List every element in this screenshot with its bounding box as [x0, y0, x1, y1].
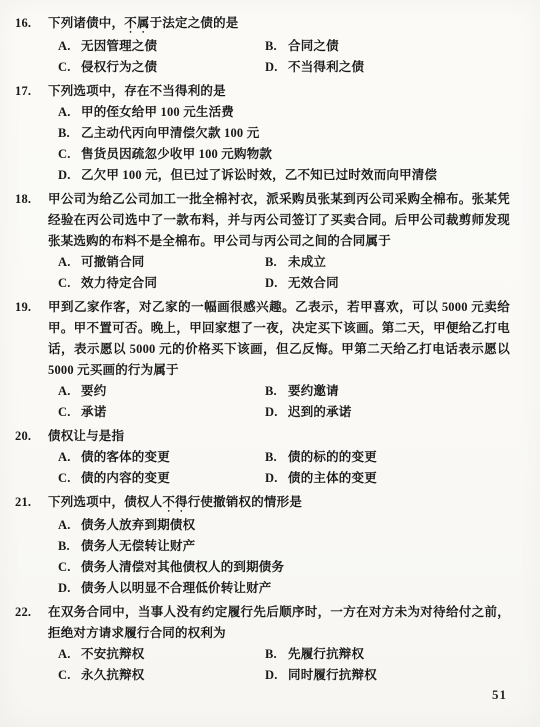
question-body: 债权让与是指A.债的客体的变更B.债的标的的变更C.债的内容的变更D.债的主体的…	[48, 426, 510, 489]
question-number: 19.	[15, 297, 48, 423]
question-body: 在双务合同中，当事人没有约定履行先后顺序时，一方在对方未为对待给付之前，拒绝对方…	[48, 602, 510, 686]
option-label: B.	[58, 536, 81, 557]
option-text: 不安抗辩权	[81, 644, 265, 665]
option-label: B.	[265, 447, 288, 468]
question-number: 21.	[15, 492, 48, 599]
stem-text: 甲到乙家作客，对乙家的一幅画很感兴趣。乙表示，若甲喜欢，可以 5000 元卖给甲…	[48, 300, 510, 377]
question-stem: 债权让与是指	[48, 426, 510, 447]
page-number: 51	[492, 687, 507, 703]
stem-text: 甲公司为给乙公司加工一批全棉衬衣，派采购员张某到丙公司采购全棉布。张某凭经验在丙…	[48, 192, 510, 248]
options-two-column: A.无因管理之债B.合同之债C.侵权行为之债D.不当得利之债	[48, 36, 510, 78]
question-stem: 下列诸债中，不属于法定之债的是	[48, 13, 510, 36]
answer-option: B.先履行抗辩权	[265, 644, 510, 665]
option-text: 先履行抗辩权	[288, 644, 510, 665]
answer-option: D.同时履行抗辩权	[265, 665, 510, 686]
answer-option: B.债务人无偿转让财产	[58, 536, 510, 557]
option-text: 可撤销合同	[81, 252, 265, 273]
answer-option: C.侵权行为之债	[58, 57, 265, 78]
question-body: 下列诸债中，不属于法定之债的是A.无因管理之债B.合同之债C.侵权行为之债D.不…	[48, 13, 510, 78]
option-text: 售货员因疏忽少收甲 100 元购物款	[81, 144, 510, 165]
question-body: 下列选项中，债权人不得行使撤销权的情形是A.债务人放弃到期债权B.债务人无偿转让…	[48, 492, 510, 599]
question-number: 17.	[15, 81, 48, 186]
option-text: 甲的侄女给甲 100 元生活费	[81, 102, 510, 123]
option-label: C.	[58, 273, 81, 294]
option-text: 承诺	[81, 402, 265, 423]
option-label: C.	[58, 57, 81, 78]
answer-option: C.债务人清偿对其他债权人的到期债务	[58, 557, 510, 578]
question-stem: 在双务合同中，当事人没有约定履行先后顺序时，一方在对方未为对待给付之前，拒绝对方…	[48, 602, 510, 644]
options-two-column: A.要约B.要约邀请C.承诺D.迟到的承诺	[48, 381, 510, 423]
answer-option: D.乙欠甲 100 元，但已过了诉讼时效，乙不知已过时效而向甲清偿	[58, 165, 510, 186]
stem-emphasized-text: 不属	[124, 16, 149, 30]
option-label: A.	[58, 252, 81, 273]
question-stem: 甲公司为给乙公司加工一批全棉衬衣，派采购员张某到丙公司采购全棉布。张某凭经验在丙…	[48, 189, 510, 252]
answer-option: B.合同之债	[265, 36, 510, 57]
stem-text: 于法定之债的是	[150, 16, 239, 30]
option-text: 债的内容的变更	[81, 468, 265, 489]
stem-text: 下列诸债中，	[48, 16, 124, 30]
option-label: B.	[265, 36, 288, 57]
answer-option: D.无效合同	[265, 273, 510, 294]
answer-option: A.要约	[58, 381, 265, 402]
answer-option: A.债的客体的变更	[58, 447, 265, 468]
option-text: 永久抗辩权	[81, 665, 265, 686]
question-body: 甲公司为给乙公司加工一批全棉衬衣，派采购员张某到丙公司采购全棉布。张某凭经验在丙…	[48, 189, 510, 294]
option-text: 债务人无偿转让财产	[81, 536, 510, 557]
stem-text: 行使撤销权的情形是	[188, 495, 302, 509]
option-text: 合同之债	[288, 36, 510, 57]
answer-option: A.甲的侄女给甲 100 元生活费	[58, 102, 510, 123]
option-label: C.	[58, 144, 81, 165]
question-block: 18.甲公司为给乙公司加工一批全棉衬衣，派采购员张某到丙公司采购全棉布。张某凭经…	[15, 189, 510, 294]
option-text: 乙主动代丙向甲清偿欠款 100 元	[81, 123, 510, 144]
option-text: 债务人以明显不合理低价转让财产	[81, 578, 510, 599]
answer-option: D.迟到的承诺	[265, 402, 510, 423]
option-text: 同时履行抗辩权	[288, 665, 510, 686]
answer-option: D.债务人以明显不合理低价转让财产	[58, 578, 510, 599]
option-label: C.	[58, 665, 81, 686]
option-text: 要约	[81, 381, 265, 402]
option-label: A.	[58, 381, 81, 402]
option-label: D.	[58, 165, 81, 186]
option-label: B.	[265, 381, 288, 402]
answer-option: B.未成立	[265, 252, 510, 273]
option-label: A.	[58, 644, 81, 665]
option-text: 不当得利之债	[288, 57, 510, 78]
option-text: 债的标的的变更	[288, 447, 510, 468]
answer-option: A.无因管理之债	[58, 36, 265, 57]
answer-option: B.债的标的的变更	[265, 447, 510, 468]
stem-text: 下列选项中，存在不当得利的是	[48, 84, 226, 98]
option-label: C.	[58, 557, 81, 578]
answer-option: B.乙主动代丙向甲清偿欠款 100 元	[58, 123, 510, 144]
option-label: B.	[265, 252, 288, 273]
option-text: 乙欠甲 100 元，但已过了诉讼时效，乙不知已过时效而向甲清偿	[81, 165, 510, 186]
answer-option: B.要约邀请	[265, 381, 510, 402]
question-number: 16.	[15, 13, 48, 78]
option-label: B.	[265, 644, 288, 665]
question-list: 16.下列诸债中，不属于法定之债的是A.无因管理之债B.合同之债C.侵权行为之债…	[15, 13, 510, 689]
question-block: 16.下列诸债中，不属于法定之债的是A.无因管理之债B.合同之债C.侵权行为之债…	[15, 13, 510, 78]
option-label: A.	[58, 447, 81, 468]
option-label: C.	[58, 402, 81, 423]
answer-option: C.承诺	[58, 402, 265, 423]
option-label: C.	[58, 468, 81, 489]
answer-option: D.债的主体的变更	[265, 468, 510, 489]
question-number: 22.	[15, 602, 48, 686]
stem-emphasized-text: 不得	[162, 495, 187, 509]
answer-option: D.不当得利之债	[265, 57, 510, 78]
option-text: 债务人清偿对其他债权人的到期债务	[81, 557, 510, 578]
question-stem: 甲到乙家作客，对乙家的一幅画很感兴趣。乙表示，若甲喜欢，可以 5000 元卖给甲…	[48, 297, 510, 381]
answer-option: A.债务人放弃到期债权	[58, 515, 510, 536]
option-label: A.	[58, 36, 81, 57]
answer-option: C.债的内容的变更	[58, 468, 265, 489]
options-two-column: A.可撤销合同B.未成立C.效力待定合同D.无效合同	[48, 252, 510, 294]
option-label: D.	[265, 402, 288, 423]
exam-page: 16.下列诸债中，不属于法定之债的是A.无因管理之债B.合同之债C.侵权行为之债…	[0, 0, 540, 727]
option-label: B.	[58, 123, 81, 144]
option-text: 债的主体的变更	[288, 468, 510, 489]
question-body: 甲到乙家作客，对乙家的一幅画很感兴趣。乙表示，若甲喜欢，可以 5000 元卖给甲…	[48, 297, 510, 423]
option-text: 侵权行为之债	[81, 57, 265, 78]
option-label: D.	[265, 665, 288, 686]
option-text: 无效合同	[288, 273, 510, 294]
question-body: 下列选项中，存在不当得利的是A.甲的侄女给甲 100 元生活费B.乙主动代丙向甲…	[48, 81, 510, 186]
option-label: D.	[265, 468, 288, 489]
option-label: D.	[265, 57, 288, 78]
stem-text: 在双务合同中，当事人没有约定履行先后顺序时，一方在对方未为对待给付之前，拒绝对方…	[48, 605, 510, 640]
option-label: A.	[58, 515, 81, 536]
option-label: D.	[58, 578, 81, 599]
answer-option: C.效力待定合同	[58, 273, 265, 294]
question-number: 18.	[15, 189, 48, 294]
answer-option: C.永久抗辩权	[58, 665, 265, 686]
option-label: A.	[58, 102, 81, 123]
question-number: 20.	[15, 426, 48, 489]
question-block: 17.下列选项中，存在不当得利的是A.甲的侄女给甲 100 元生活费B.乙主动代…	[15, 81, 510, 186]
question-stem: 下列选项中，存在不当得利的是	[48, 81, 510, 102]
question-block: 22.在双务合同中，当事人没有约定履行先后顺序时，一方在对方未为对待给付之前，拒…	[15, 602, 510, 686]
answer-option: A.可撤销合同	[58, 252, 265, 273]
option-text: 债务人放弃到期债权	[81, 515, 510, 536]
answer-option: C.售货员因疏忽少收甲 100 元购物款	[58, 144, 510, 165]
answer-option: A.不安抗辩权	[58, 644, 265, 665]
option-text: 债的客体的变更	[81, 447, 265, 468]
options-two-column: A.不安抗辩权B.先履行抗辩权C.永久抗辩权D.同时履行抗辩权	[48, 644, 510, 686]
option-text: 无因管理之债	[81, 36, 265, 57]
option-text: 未成立	[288, 252, 510, 273]
option-text: 效力待定合同	[81, 273, 265, 294]
option-label: D.	[265, 273, 288, 294]
option-text: 迟到的承诺	[288, 402, 510, 423]
option-text: 要约邀请	[288, 381, 510, 402]
options-two-column: A.债的客体的变更B.债的标的的变更C.债的内容的变更D.债的主体的变更	[48, 447, 510, 489]
options-list: A.债务人放弃到期债权B.债务人无偿转让财产C.债务人清偿对其他债权人的到期债务…	[48, 515, 510, 599]
options-list: A.甲的侄女给甲 100 元生活费B.乙主动代丙向甲清偿欠款 100 元C.售货…	[48, 102, 510, 186]
question-block: 19.甲到乙家作客，对乙家的一幅画很感兴趣。乙表示，若甲喜欢，可以 5000 元…	[15, 297, 510, 423]
question-block: 21.下列选项中，债权人不得行使撤销权的情形是A.债务人放弃到期债权B.债务人无…	[15, 492, 510, 599]
question-block: 20.债权让与是指A.债的客体的变更B.债的标的的变更C.债的内容的变更D.债的…	[15, 426, 510, 489]
stem-text: 下列选项中，债权人	[48, 495, 162, 509]
question-stem: 下列选项中，债权人不得行使撤销权的情形是	[48, 492, 510, 515]
stem-text: 债权让与是指	[48, 429, 124, 443]
